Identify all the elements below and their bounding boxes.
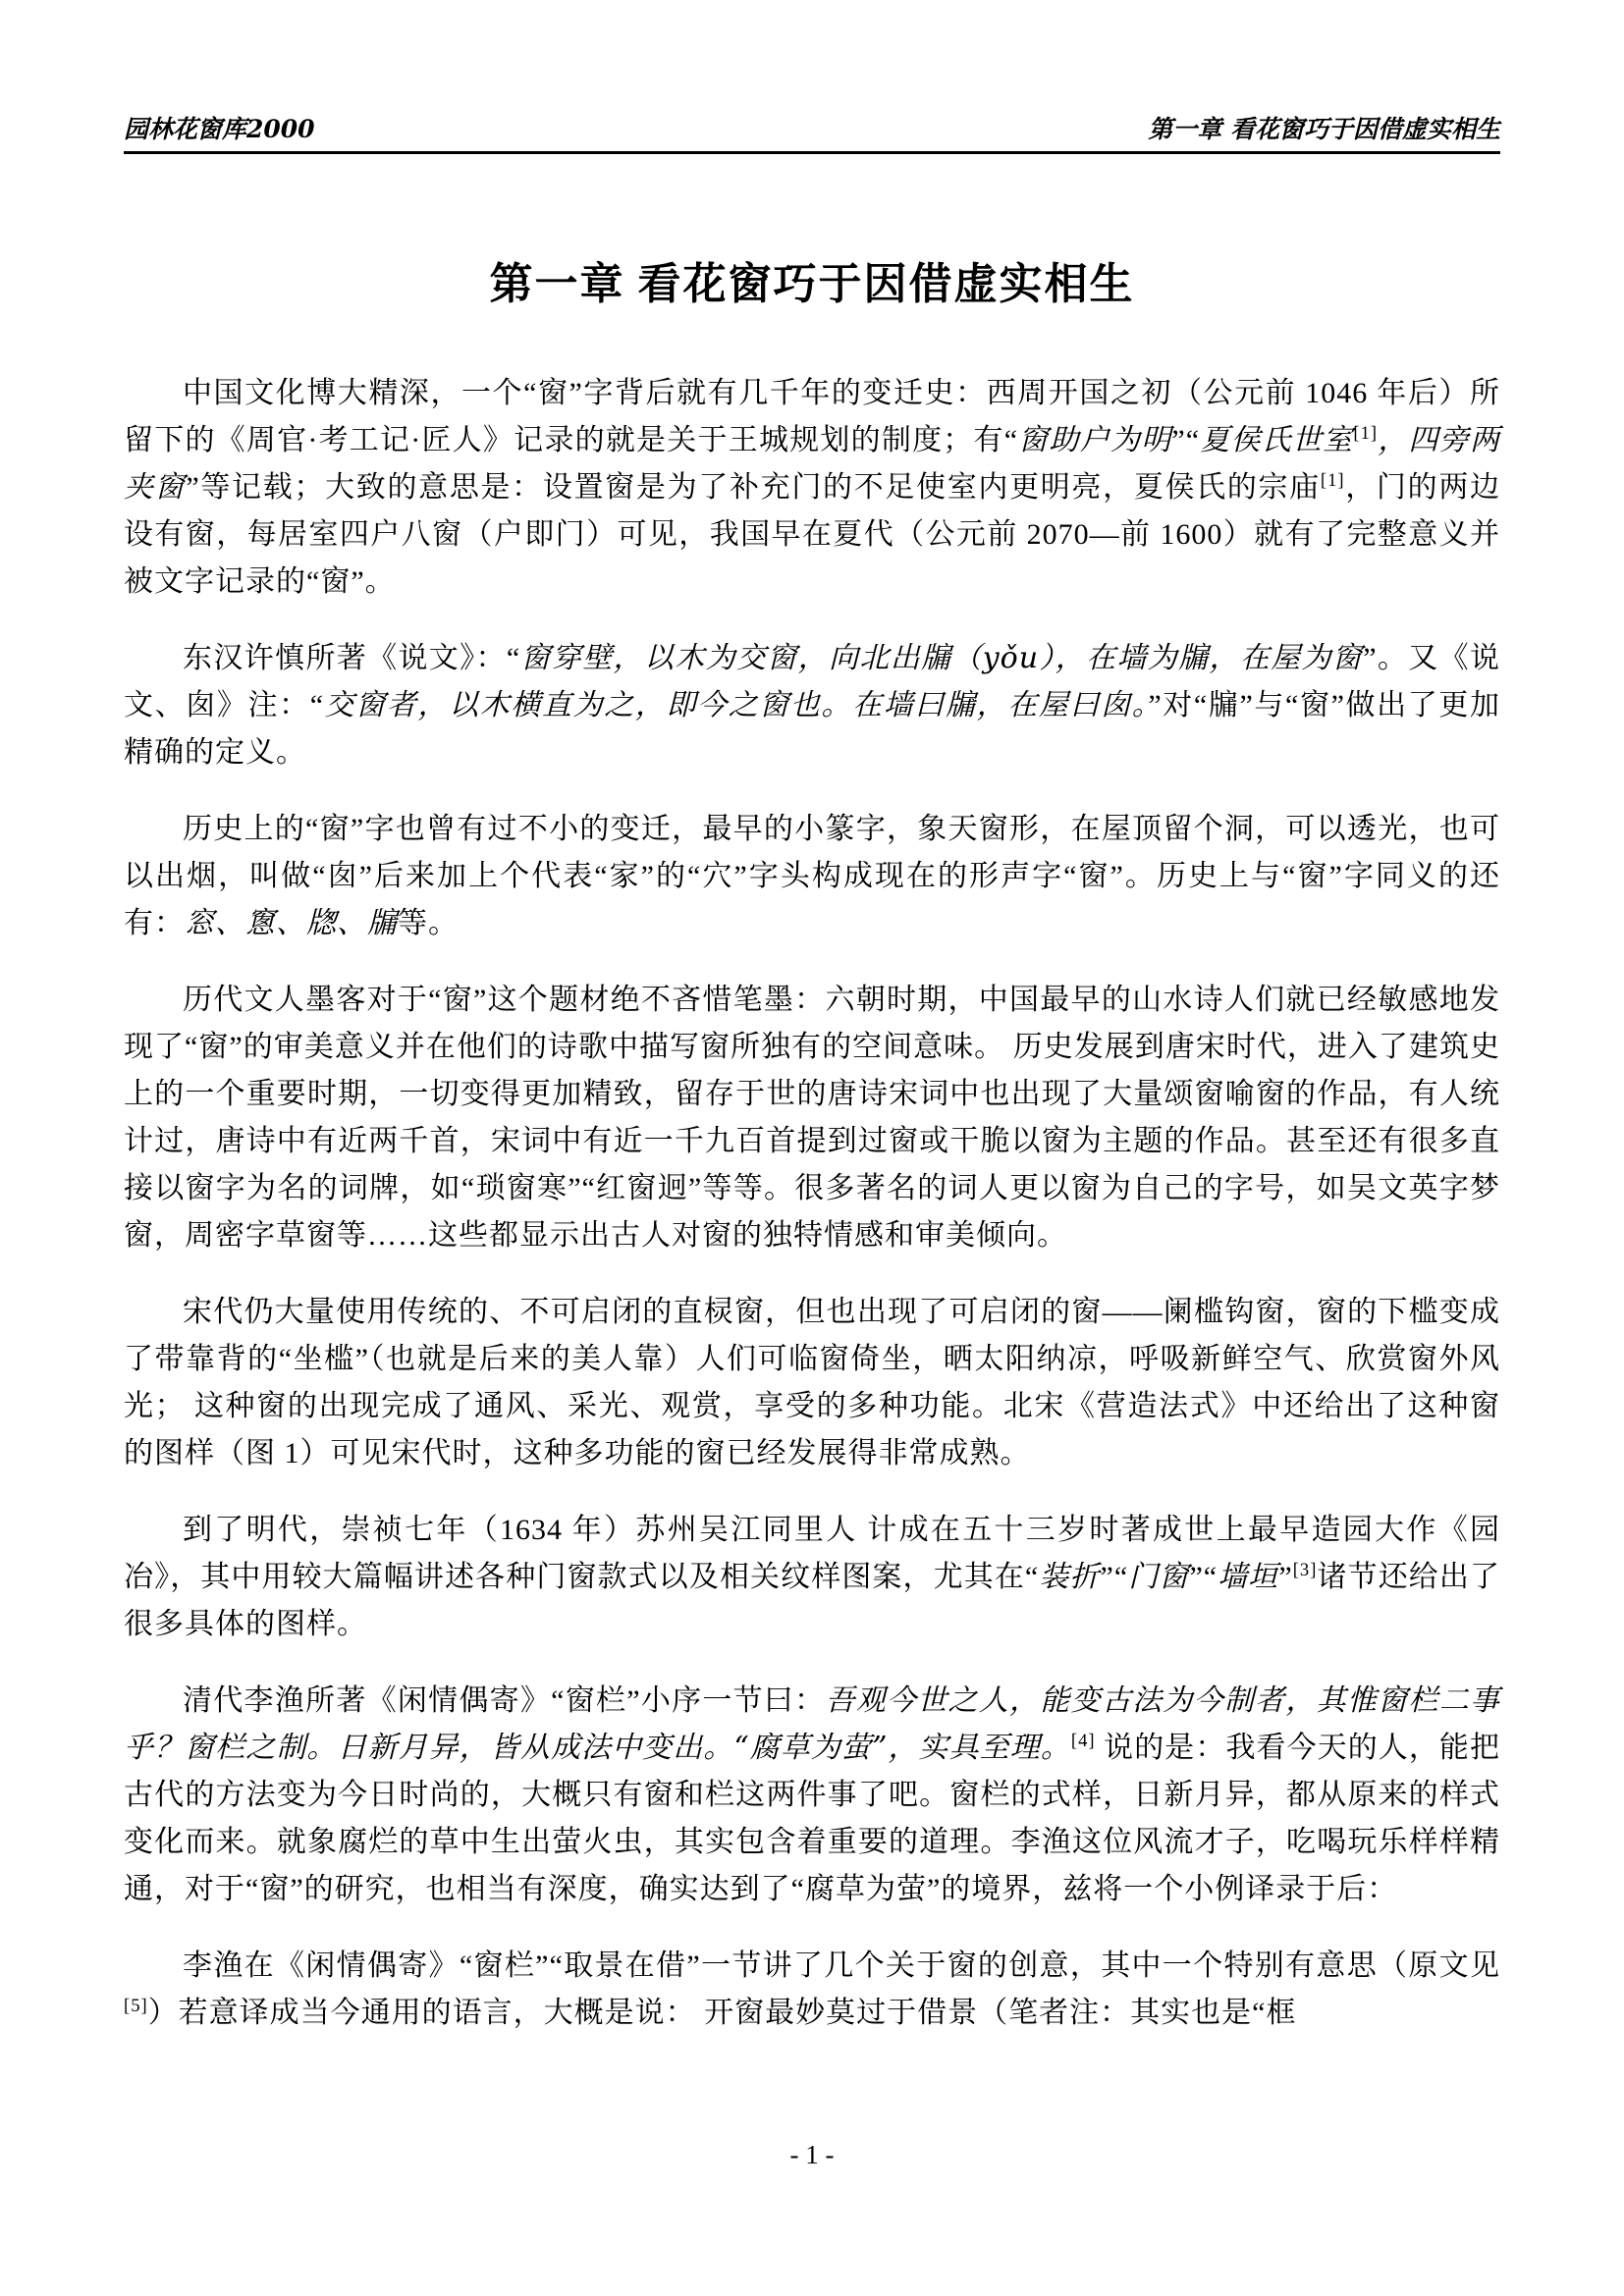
document-page: 园林花窗库2000 第一章 看花窗巧于因借虚实相生 第一章 看花窗巧于因借虚实相…	[0, 0, 1624, 2296]
chapter-title: 第一章 看花窗巧于因借虚实相生	[124, 248, 1500, 311]
body-text: 清代李渔所著《闲情偶寄》“窗栏”小序一节曰：	[183, 1684, 825, 1717]
body-text: 到了明代，崇祯七年（1634 年）苏州吴江同里人 计成在五十三岁时著成世上最早造…	[124, 1514, 1500, 1593]
body-text: ”等记载；大致的意思是：设置窗是为了补充门的不足使室内更明亮，夏侯氏的宗庙	[186, 471, 1321, 504]
quoted-text: 窓、窻、牎、牖	[185, 906, 398, 940]
footnote-ref: [3]	[1293, 1560, 1318, 1580]
document-body: 中国文化博大精深，一个“窗”字背后就有几千年的变迁史：西周开国之初（公元前 10…	[124, 370, 1500, 2037]
body-text: 李渔在《闲情偶寄》“窗栏”“取景在借”一节讲了几个关于窗的创意，其中一个特别有意…	[183, 1949, 1500, 1982]
body-text: 历代文人墨客对于“窗”这个题材绝不吝惜笔墨：六朝时期，中国最早的山水诗人们就已经…	[124, 984, 1500, 1252]
body-text: ”	[1278, 1561, 1292, 1593]
body-text: ”“	[1189, 1561, 1218, 1593]
paragraph: 李渔在《闲情偶寄》“窗栏”“取景在借”一节讲了几个关于窗的创意，其中一个特别有意…	[124, 1943, 1500, 2037]
page-number: - 1 -	[0, 2140, 1624, 2170]
paragraph: 到了明代，崇祯七年（1634 年）苏州吴江同里人 计成在五十三岁时著成世上最早造…	[124, 1507, 1500, 1648]
body-text: 东汉许慎所著《说文》：“	[183, 642, 520, 674]
quoted-text: 窗助户为明	[1018, 423, 1171, 457]
body-text: ”“	[1101, 1561, 1129, 1593]
paragraph: 历代文人墨客对于“窗”这个题材绝不吝惜笔墨：六朝时期，中国最早的山水诗人们就已经…	[124, 977, 1500, 1259]
quoted-text: 夏侯氏世室	[1200, 423, 1353, 457]
body-text: ）若意译成当今通用的语言，大概是说： 开窗最妙莫过于借景（笔者注：其实也是“框	[148, 1997, 1297, 2029]
quoted-text: 交窗者，以木横直为之，即今之窗也。在墙曰牖，在屋曰囱。	[324, 688, 1148, 722]
paragraph: 宋代仍大量使用传统的、不可启闭的直棂窗，但也出现了可启闭的窗——阑槛钩窗，窗的下…	[124, 1289, 1500, 1477]
body-text: 等。	[398, 907, 459, 939]
header-book-title: 园林花窗库2000	[124, 110, 315, 145]
quoted-text: 门窗	[1128, 1560, 1189, 1594]
body-text: ”“	[1171, 424, 1200, 456]
footnote-ref: [1]	[1353, 423, 1378, 444]
paragraph: 历史上的“窗”字也曾有过不小的变迁，最早的小篆字，象天窗形，在屋顶留个洞，可以透…	[124, 806, 1500, 947]
header-chapter-title: 第一章 看花窗巧于因借虚实相生	[1148, 110, 1500, 145]
paragraph: 东汉许慎所著《说文》：“窗穿壁，以木为交窗，向北出牖（yǒu），在墙为牖，在屋为…	[124, 635, 1500, 776]
footnote-ref: [4]	[1071, 1731, 1096, 1751]
page-header: 园林花窗库2000 第一章 看花窗巧于因借虚实相生	[124, 0, 1500, 154]
quoted-text: 装折	[1039, 1560, 1100, 1594]
footnote-ref: [1]	[1321, 470, 1345, 491]
paragraph: 清代李渔所著《闲情偶寄》“窗栏”小序一节曰：吾观今世之人，能变古法为今制者，其惟…	[124, 1678, 1500, 1913]
quoted-text: 窗穿壁，以木为交窗，向北出牖（yǒu），在墙为牖，在屋为窗	[520, 641, 1363, 675]
footnote-ref: [5]	[124, 1996, 148, 2016]
body-text: 宋代仍大量使用传统的、不可启闭的直棂窗，但也出现了可启闭的窗——阑槛钩窗，窗的下…	[124, 1296, 1500, 1469]
quoted-text: 墙垣	[1218, 1560, 1278, 1594]
paragraph: 中国文化博大精深，一个“窗”字背后就有几千年的变迁史：西周开国之初（公元前 10…	[124, 370, 1500, 606]
